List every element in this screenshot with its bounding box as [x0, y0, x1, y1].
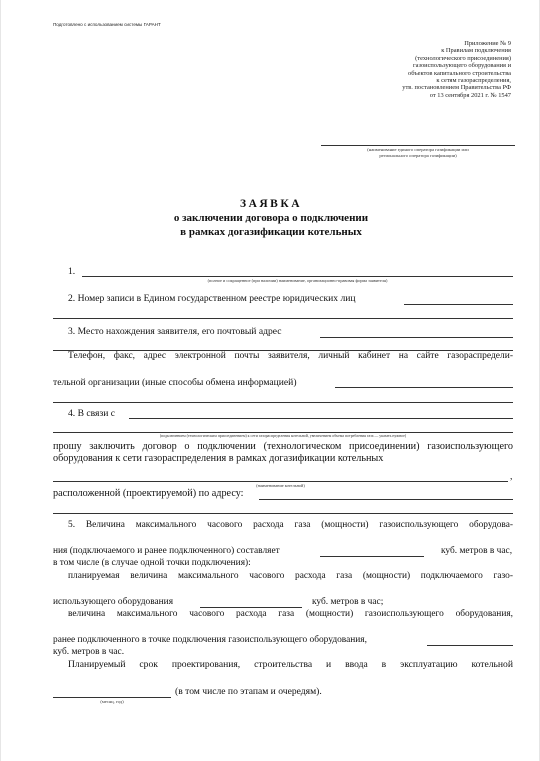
appendix-line: газоиспользующего оборудования и: [311, 62, 511, 69]
applicant-name-caption: (полное и сокращенное (при наличии) наим…: [82, 278, 513, 283]
item4-label: 4. В связи с: [68, 408, 115, 419]
address-field[interactable]: [320, 337, 513, 338]
item2-label: 2. Номер записи в Едином государственном…: [68, 293, 356, 304]
item5-line2-label: ния (подключаемого и ранее подключенного…: [53, 546, 280, 556]
document-page: Подготовлено с использованием системы ГА…: [0, 0, 540, 761]
appendix-line: объектов капитального строительства: [311, 70, 511, 77]
existing-line3: куб. метров в час.: [53, 647, 124, 657]
item5-line1: 5. Величина максимального часового расхо…: [68, 520, 513, 530]
item3-label: 3. Место нахождения заявителя, его почто…: [68, 326, 282, 337]
connection-reason-field[interactable]: [129, 418, 513, 419]
egrul-field-continued[interactable]: [53, 318, 513, 319]
operator-caption: (наименование единого оператора газифика…: [321, 147, 515, 159]
appendix-line: к Правилам подключения: [311, 47, 511, 54]
existing-consumption-field[interactable]: [427, 645, 513, 646]
applicant-name-field[interactable]: [82, 276, 513, 277]
planned-line2-unit: куб. метров в час;: [312, 597, 383, 607]
contacts-label-line2: тельной организации (иные способы обмена…: [53, 377, 297, 388]
boiler-address-field-continued[interactable]: [53, 513, 513, 514]
appendix-line: (технологического присоединения): [311, 55, 511, 62]
connection-reason-caption: (подключением (технологическим присоедин…: [53, 434, 513, 438]
item1-number: 1.: [68, 266, 75, 277]
garant-note: Подготовлено с использованием системы ГА…: [53, 22, 161, 27]
request-line1: прошу заключить договор о подключении (т…: [53, 441, 513, 452]
planned-line1: планируемая величина максимального часов…: [68, 571, 513, 581]
comma: ,: [510, 471, 512, 482]
schedule-date-field[interactable]: [53, 697, 171, 698]
boiler-address-label: расположенной (проектируемой) по адресу:: [53, 488, 244, 499]
document-subtitle: о заключении договора о подключении: [1, 212, 540, 224]
contacts-field-continued[interactable]: [53, 402, 513, 403]
schedule-line1: Планируемый срок проектирования, строите…: [68, 659, 513, 670]
schedule-line2: (в том числе по этапам и очередям).: [175, 686, 322, 697]
document-title: ЗАЯВКА: [1, 198, 540, 210]
schedule-date-caption: (месяц, год): [53, 699, 171, 704]
item5-line3: в том числе (в случае одной точки подклю…: [53, 558, 251, 568]
total-gas-consumption-field[interactable]: [320, 556, 424, 557]
planned-line2-label: использующего оборудования: [53, 597, 173, 607]
egrul-field[interactable]: [404, 304, 513, 305]
planned-consumption-field[interactable]: [200, 607, 302, 608]
existing-line2: ранее подключенного в точке подключения …: [53, 635, 367, 645]
appendix-line: Приложение № 9: [311, 40, 511, 47]
connection-reason-field-continued[interactable]: [53, 432, 513, 433]
boiler-name-field[interactable]: [53, 481, 508, 482]
document-subtitle: в рамках догазификации котельных: [1, 226, 540, 238]
request-line2: оборудования к сети газораспределения в …: [53, 453, 383, 464]
appendix-line: к сетям газораспределения,: [311, 77, 511, 84]
item5-line2-unit: куб. метров в час,: [441, 546, 512, 556]
contacts-label-line1: Телефон, факс, адрес электронной почты з…: [68, 351, 513, 361]
appendix-block: Приложение № 9 к Правилам подключения (т…: [311, 40, 511, 99]
operator-field[interactable]: [321, 145, 515, 146]
appendix-line: утв. постановлением Правительства РФ: [311, 84, 511, 91]
appendix-line: от 13 сентября 2021 г. № 1547: [311, 92, 511, 99]
boiler-address-field[interactable]: [259, 499, 513, 500]
existing-line1: величина максимального часового расхода …: [68, 609, 513, 619]
contacts-field[interactable]: [335, 387, 513, 388]
operator-caption-line: регионального оператора газификации): [321, 153, 515, 159]
